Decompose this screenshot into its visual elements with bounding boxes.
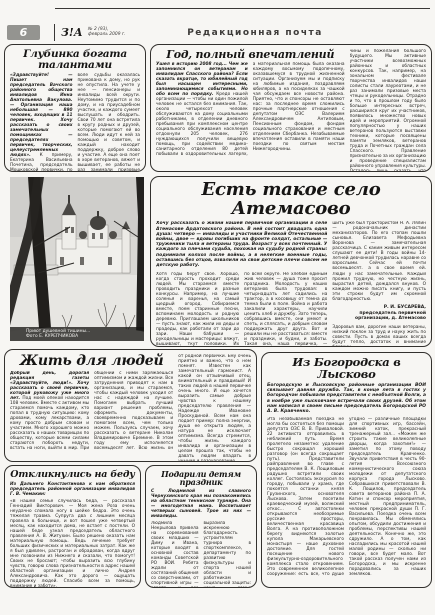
article-atemasovo-text-bottom: Хотя годы берут свое. Хорошо, когда стар… (156, 272, 327, 347)
headline-podarili: Подарили детям праздник (151, 470, 251, 487)
article-podarili-body: Людмила Некрылова привела на соревновани… (151, 521, 251, 588)
winter-church-illustration (10, 177, 144, 341)
article-bogorodsk-body: Эта незабываемая поездка не могла бы сос… (267, 417, 426, 588)
article-atemasovo-signature: Р. И. БУСАРЕВА, председатель первичной о… (332, 305, 426, 321)
article-podarili-lead: С Людмилой из славного Чернухинского кра… (151, 489, 251, 519)
article-atemasovo-lead: Хочу рассказать о жизни нашей первичной … (156, 221, 327, 269)
photo-caption: Приют душевной тишины... Фото Е. КУРЕПЧИ… (10, 327, 144, 341)
headline-atemasovo: Есть такое село Атемасово (156, 181, 426, 218)
page-number: 6 (7, 25, 40, 40)
article-zhit: Жить для людей Добрый день, дорогая реда… (4, 349, 257, 462)
headline-bogorodsk: Из Богородска в Лысково (267, 357, 426, 381)
photo-caption-credit: Фото Е. КУРЕПЧИКОВА (26, 334, 140, 339)
top-rule (55, 8, 430, 9)
article-atemasovo-text-r1: шить уже был трактористом Н. А. Лялин — … (332, 221, 426, 269)
header-divider (54, 24, 55, 41)
issue-date: февраль 2009 г. (88, 32, 126, 37)
headline-year: Год, полный впечатлений (156, 49, 345, 60)
article-atemasovo: Есть такое село Атемасово Хочу рассказат… (150, 176, 432, 347)
article-year-text2: чины и пожелания большого будущего. Мы а… (350, 49, 426, 172)
newspaper-page: 6 З!А № 2 (93), февраль 2009 г. Редакцио… (0, 0, 435, 615)
section-title: Редакционная почта (150, 28, 360, 38)
article-zhit-body: Добрый день, дорогая редакция газеты «Зд… (10, 371, 173, 454)
article-talents: Глубинка богата талантами «Здравствуйте!… (4, 44, 146, 172)
article-podarili: Подарили детям праздник С Людмилой из сл… (145, 465, 257, 588)
signature-role-2: организации, д. Атемасово (332, 316, 426, 321)
headline-zhit: Жить для людей (10, 354, 173, 369)
article-atemasovo-text-r3: Здоровья вам, дорогие наши ветераны, низ… (332, 325, 426, 347)
article-bogorodsk-lead: Богородскую и Лысковскую районные органи… (267, 383, 426, 414)
article-year: Год, полный впечатлений Ушел в историю 2… (150, 44, 432, 172)
issue-info: № 2 (93), февраль 2009 г. (88, 27, 126, 38)
headline-talents: Глубинка богата талантами (10, 49, 140, 71)
article-bogorodsk: Из Богородска в Лысково Богородскую и Лы… (261, 352, 432, 588)
article-zhit-text-right: от родной первички. Ему очень приятно и … (178, 354, 251, 462)
article-talents-body: «Здравствуйте! — Пишет нам председатель … (10, 73, 140, 172)
newspaper-logo: З!А (61, 26, 83, 39)
article-otkliknulis-lead: Из Дальнего Константинова к нам обратилс… (10, 482, 135, 497)
article-year-body: Ушел в историю 2008 год... Чем же запомн… (156, 62, 345, 163)
article-otkliknulis-body: «В нашей семье случилась беда, — рассказ… (10, 499, 135, 588)
article-atemasovo-text-r2: Люди у нас замечательные. Каждый прожил … (332, 272, 426, 302)
photo-winter-church: Приют душевной тишины... Фото Е. КУРЕПЧИ… (10, 177, 144, 341)
headline-otkliknulis: Откликнулись на беду (10, 470, 135, 480)
article-otkliknulis: Откликнулись на беду Из Дальнего Констан… (4, 465, 141, 588)
article-talents-lead: «Здравствуйте! — Пишет нам председатель … (10, 73, 73, 158)
